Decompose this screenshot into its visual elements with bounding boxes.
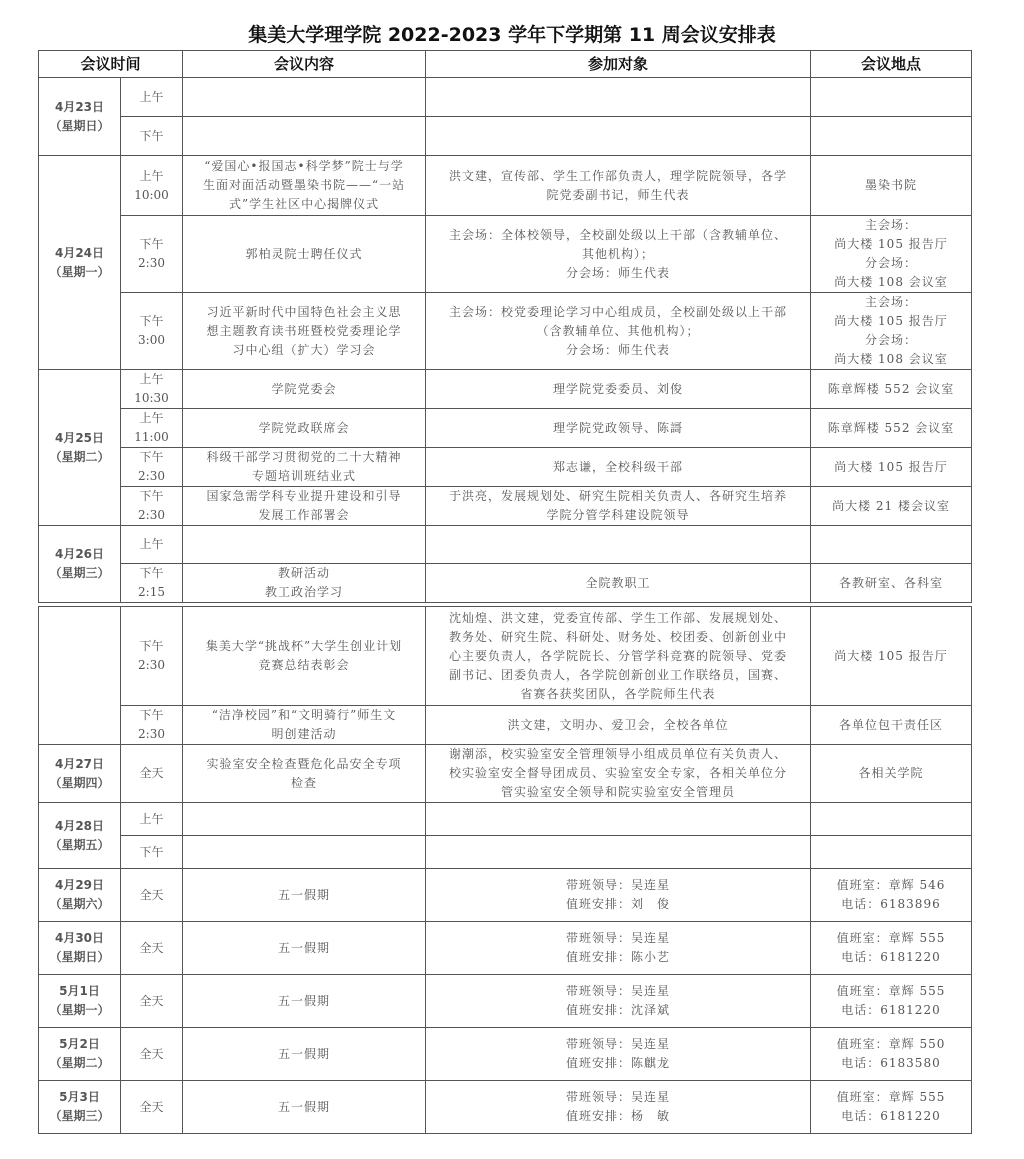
schedule-row: 5月1日（星期一）全天五一假期带班领导：吴连星值班安排：沈泽斌值班室：章辉 55…	[39, 975, 972, 1028]
attendees-cell: 洪文建，文明办、爱卫会，全校各单位	[426, 706, 811, 745]
text-line: 副书记、团委负责人，各学院创新创业工作联络员，国赛、	[430, 666, 806, 685]
time-slot-cell: 下午2:15	[121, 564, 183, 603]
text-line: 学院党政联席会	[187, 419, 421, 438]
time-slot-cell: 全天	[121, 869, 183, 922]
text-line: 发展工作部署会	[187, 506, 421, 525]
text-line: 带班领导：吴连星	[430, 876, 806, 895]
time-label: 2:15	[125, 583, 178, 602]
time-slot-cell: 下午2:30	[121, 607, 183, 706]
location-cell: 值班室：章辉 550电话：6183580	[811, 1028, 972, 1081]
text-line: 值班室：章辉 546	[815, 876, 967, 895]
time-label: 2:30	[125, 656, 178, 675]
slot-label: 全天	[125, 939, 178, 958]
date-label: 4月27日	[43, 755, 116, 774]
meeting-content-cell: 科级干部学习贯彻党的二十大精神专题培训班结业式	[183, 448, 426, 487]
schedule-row: 4月24日（星期一）上午10:00“爱国心•报国志•科学梦”院士与学生面对面活动…	[39, 156, 972, 216]
text-line: 值班安排：杨 敏	[430, 1107, 806, 1126]
weekday-label: （星期日）	[43, 117, 116, 136]
time-slot-cell: 上午	[121, 803, 183, 836]
text-line: 电话：6183896	[815, 895, 967, 914]
text-line: 检查	[187, 774, 421, 793]
time-slot-cell: 下午2:30	[121, 487, 183, 526]
text-line: 带班领导：吴连星	[430, 1035, 806, 1054]
meeting-content-cell: “爱国心•报国志•科学梦”院士与学生面对面活动暨墨染书院——“一站式”学生社区中…	[183, 156, 426, 216]
attendees-cell: 主会场：校党委理论学习中心组成员，全校副处级以上干部（含教辅单位、其他机构）；分…	[426, 293, 811, 370]
schedule-row: 4月28日（星期五）上午	[39, 803, 972, 836]
meeting-content-cell: 国家急需学科专业提升建设和引导发展工作部署会	[183, 487, 426, 526]
meeting-content-cell	[183, 526, 426, 564]
weekday-label: （星期三）	[43, 564, 116, 583]
time-slot-cell: 下午	[121, 117, 183, 156]
text-line: 带班领导：吴连星	[430, 929, 806, 948]
date-cell: 4月30日（星期日）	[39, 922, 121, 975]
text-line: 心主要负责人，各学院院长、分管学科竞赛的院领导、党委	[430, 647, 806, 666]
slot-label: 下午	[125, 127, 178, 146]
date-cell: 5月3日（星期三）	[39, 1081, 121, 1134]
meeting-content-cell	[183, 836, 426, 869]
slot-label: 全天	[125, 992, 178, 1011]
meeting-content-cell: 集美大学“挑战杯”大学生创业计划竞赛总结表彰会	[183, 607, 426, 706]
text-line: 尚大楼 105 报告厅	[815, 647, 967, 666]
location-cell: 主会场：尚大楼 105 报告厅分会场：尚大楼 108 会议室	[811, 293, 972, 370]
location-cell: 陈章辉楼 552 会议室	[811, 409, 972, 448]
text-line: 院党委副书记，师生代表	[430, 186, 806, 205]
text-line: 值班安排：沈泽斌	[430, 1001, 806, 1020]
slot-label: 下午	[125, 637, 178, 656]
text-line: 电话：6181220	[815, 1107, 967, 1126]
text-line: 郑志谦，全校科级干部	[430, 458, 806, 477]
header-location: 会议地点	[811, 51, 972, 78]
time-slot-cell: 全天	[121, 1028, 183, 1081]
text-line: 竞赛总结表彰会	[187, 656, 421, 675]
schedule-row: 4月23日（星期日）上午	[39, 78, 972, 117]
date-cell: 4月23日（星期日）	[39, 78, 121, 156]
text-line: 值班室：章辉 555	[815, 1088, 967, 1107]
text-line: 尚大楼 105 报告厅	[815, 235, 967, 254]
attendees-cell	[426, 526, 811, 564]
attendees-cell: 理学院党政领导、陈謌	[426, 409, 811, 448]
time-slot-cell: 下午2:30	[121, 448, 183, 487]
text-line: 其他机构）；	[430, 245, 806, 264]
weekday-label: （星期一）	[43, 263, 116, 282]
text-line: 带班领导：吴连星	[430, 1088, 806, 1107]
weekday-label: （星期二）	[43, 1054, 116, 1073]
text-line: 分会场：	[815, 254, 967, 273]
slot-label: 下午	[125, 448, 178, 467]
date-cell	[39, 607, 121, 745]
location-cell: 尚大楼 21 楼会议室	[811, 487, 972, 526]
slot-label: 下午	[125, 843, 178, 862]
meeting-content-cell: 五一假期	[183, 869, 426, 922]
text-line: 理学院党委委员、刘俊	[430, 380, 806, 399]
schedule-row: 4月27日（星期四）全天实验室安全检查暨危化品安全专项检查谢潮添，校实验室安全管…	[39, 745, 972, 803]
meeting-content-cell: 五一假期	[183, 1028, 426, 1081]
meeting-content-cell: 学院党政联席会	[183, 409, 426, 448]
text-line: 值班安排：陈麒龙	[430, 1054, 806, 1073]
schedule-row: 4月30日（星期日）全天五一假期带班领导：吴连星值班安排：陈小艺值班室：章辉 5…	[39, 922, 972, 975]
time-slot-cell: 上午11:00	[121, 409, 183, 448]
text-line: 各教研室、各科室	[815, 574, 967, 593]
date-label: 4月23日	[43, 98, 116, 117]
schedule-row: 4月25日（星期二）上午10:30学院党委会理学院党委委员、刘俊陈章辉楼 552…	[39, 370, 972, 409]
meeting-content-cell: 习近平新时代中国特色社会主义思想主题教育读书班暨校党委理论学习中心组（扩大）学习…	[183, 293, 426, 370]
date-label: 4月24日	[43, 244, 116, 263]
attendees-cell: 带班领导：吴连星值班安排：杨 敏	[426, 1081, 811, 1134]
location-cell: 尚大楼 105 报告厅	[811, 448, 972, 487]
text-line: 值班室：章辉 550	[815, 1035, 967, 1054]
text-line: 科级干部学习贯彻党的二十大精神	[187, 448, 421, 467]
text-line: 五一假期	[187, 1045, 421, 1064]
schedule-row: 5月2日（星期二）全天五一假期带班领导：吴连星值班安排：陈麒龙值班室：章辉 55…	[39, 1028, 972, 1081]
text-line: 五一假期	[187, 939, 421, 958]
text-line: 省赛各获奖团队，各学院师生代表	[430, 685, 806, 704]
text-line: 值班室：章辉 555	[815, 982, 967, 1001]
weekday-label: （星期一）	[43, 1001, 116, 1020]
schedule-row: 5月3日（星期三）全天五一假期带班领导：吴连星值班安排：杨 敏值班室：章辉 55…	[39, 1081, 972, 1134]
location-cell	[811, 78, 972, 117]
slot-label: 上午	[125, 88, 178, 107]
meeting-content-cell	[183, 78, 426, 117]
text-line: 尚大楼 108 会议室	[815, 350, 967, 369]
text-line: 郭柏灵院士聘任仪式	[187, 245, 421, 264]
text-line: 尚大楼 108 会议室	[815, 273, 967, 292]
text-line: 理学院党政领导、陈謌	[430, 419, 806, 438]
attendees-cell: 带班领导：吴连星值班安排：沈泽斌	[426, 975, 811, 1028]
time-slot-cell: 下午3:00	[121, 293, 183, 370]
schedule-row: 下午2:30郭柏灵院士聘任仪式主会场：全体校领导，全校副处级以上干部（含教辅单位…	[39, 216, 972, 293]
text-line: 全院教职工	[430, 574, 806, 593]
text-line: “爱国心•报国志•科学梦”院士与学	[187, 157, 421, 176]
slot-label: 全天	[125, 1045, 178, 1064]
text-line: 洪文建，宣传部、学生工作部负责人，理学院院领导，各学	[430, 167, 806, 186]
attendees-cell: 沈灿煌、洪文建，党委宣传部、学生工作部、发展规划处、教务处、研究生院、科研处、财…	[426, 607, 811, 706]
location-cell: 各教研室、各科室	[811, 564, 972, 603]
slot-label: 上午	[125, 535, 178, 554]
date-cell: 4月29日（星期六）	[39, 869, 121, 922]
schedule-row: 下午2:15教研活动教工政治学习全院教职工各教研室、各科室	[39, 564, 972, 603]
date-label: 4月29日	[43, 876, 116, 895]
schedule-row: 下午2:30“洁净校园”和“文明骑行”师生文明创建活动洪文建，文明办、爱卫会，全…	[39, 706, 972, 745]
time-slot-cell: 全天	[121, 1081, 183, 1134]
location-cell: 主会场：尚大楼 105 报告厅分会场：尚大楼 108 会议室	[811, 216, 972, 293]
location-cell: 值班室：章辉 555电话：6181220	[811, 1081, 972, 1134]
text-line: 尚大楼 105 报告厅	[815, 312, 967, 331]
time-label: 11:00	[125, 428, 178, 447]
text-line: 实验室安全检查暨危化品安全专项	[187, 755, 421, 774]
date-label: 4月30日	[43, 929, 116, 948]
text-line: 学院分管学科建设院领导	[430, 506, 806, 525]
date-label: 5月3日	[43, 1088, 116, 1107]
time-label: 10:30	[125, 389, 178, 408]
text-line: 集美大学“挑战杯”大学生创业计划	[187, 637, 421, 656]
attendees-cell: 郑志谦，全校科级干部	[426, 448, 811, 487]
header-row: 会议时间 会议内容 参加对象 会议地点	[39, 51, 972, 78]
attendees-cell: 于洪亮，发展规划处、研究生院相关负责人、各研究生培养学院分管学科建设院领导	[426, 487, 811, 526]
time-slot-cell: 全天	[121, 975, 183, 1028]
slot-label: 上午	[125, 810, 178, 829]
time-label: 2:30	[125, 725, 178, 744]
text-line: 式”学生社区中心揭牌仪式	[187, 195, 421, 214]
location-cell: 值班室：章辉 555电话：6181220	[811, 975, 972, 1028]
text-line: 值班室：章辉 555	[815, 929, 967, 948]
schedule-row: 上午11:00学院党政联席会理学院党政领导、陈謌陈章辉楼 552 会议室	[39, 409, 972, 448]
date-cell: 4月25日（星期二）	[39, 370, 121, 526]
location-cell: 值班室：章辉 555电话：6181220	[811, 922, 972, 975]
attendees-cell: 全院教职工	[426, 564, 811, 603]
meeting-content-cell: “洁净校园”和“文明骑行”师生文明创建活动	[183, 706, 426, 745]
schedule-row: 下午3:00习近平新时代中国特色社会主义思想主题教育读书班暨校党委理论学习中心组…	[39, 293, 972, 370]
text-line: 沈灿煌、洪文建，党委宣传部、学生工作部、发展规划处、	[430, 609, 806, 628]
time-slot-cell: 下午2:30	[121, 706, 183, 745]
date-cell: 5月2日（星期二）	[39, 1028, 121, 1081]
location-cell	[811, 803, 972, 836]
location-cell	[811, 117, 972, 156]
text-line: 各相关学院	[815, 764, 967, 783]
time-slot-cell: 上午10:30	[121, 370, 183, 409]
text-line: 尚大楼 21 楼会议室	[815, 497, 967, 516]
time-label: 10:00	[125, 186, 178, 205]
text-line: 管实验室安全领导和院实验室安全管理员	[430, 783, 806, 802]
slot-label: 下午	[125, 312, 178, 331]
text-line: “洁净校园”和“文明骑行”师生文	[187, 706, 421, 725]
weekday-label: （星期五）	[43, 836, 116, 855]
weekday-label: （星期二）	[43, 448, 116, 467]
weekday-label: （星期六）	[43, 895, 116, 914]
schedule-row: 4月26日（星期三）上午	[39, 526, 972, 564]
schedule-table-1: 会议时间 会议内容 参加对象 会议地点 4月23日（星期日）上午下午4月24日（…	[38, 50, 972, 603]
schedule-row: 下午2:30科级干部学习贯彻党的二十大精神专题培训班结业式郑志谦，全校科级干部尚…	[39, 448, 972, 487]
text-line: 洪文建，文明办、爱卫会，全校各单位	[430, 716, 806, 735]
text-line: 于洪亮，发展规划处、研究生院相关负责人、各研究生培养	[430, 487, 806, 506]
slot-label: 全天	[125, 764, 178, 783]
header-content: 会议内容	[183, 51, 426, 78]
location-cell	[811, 526, 972, 564]
weekday-label: （星期四）	[43, 774, 116, 793]
meeting-content-cell	[183, 117, 426, 156]
meeting-content-cell: 实验室安全检查暨危化品安全专项检查	[183, 745, 426, 803]
text-line: 分会场：师生代表	[430, 341, 806, 360]
text-line: 教务处、研究生院、科研处、财务处、校团委、创新创业中	[430, 628, 806, 647]
slot-label: 全天	[125, 886, 178, 905]
text-line: 谢潮添，校实验室安全管理领导小组成员单位有关负责人、	[430, 745, 806, 764]
meeting-content-cell: 五一假期	[183, 922, 426, 975]
text-line: 生面对面活动暨墨染书院——“一站	[187, 176, 421, 195]
attendees-cell: 洪文建，宣传部、学生工作部负责人，理学院院领导，各学院党委副书记，师生代表	[426, 156, 811, 216]
time-slot-cell: 全天	[121, 922, 183, 975]
schedule-row: 下午	[39, 117, 972, 156]
text-line: （含教辅单位、其他机构）；	[430, 322, 806, 341]
time-slot-cell: 上午10:00	[121, 156, 183, 216]
slot-label: 上午	[125, 370, 178, 389]
slot-label: 上午	[125, 409, 178, 428]
meeting-content-cell: 五一假期	[183, 975, 426, 1028]
slot-label: 全天	[125, 1098, 178, 1117]
location-cell: 陈章辉楼 552 会议室	[811, 370, 972, 409]
text-line: 电话：6181220	[815, 1001, 967, 1020]
text-line: 五一假期	[187, 886, 421, 905]
time-slot-cell: 下午2:30	[121, 216, 183, 293]
text-line: 学院党委会	[187, 380, 421, 399]
text-line: 明创建活动	[187, 725, 421, 744]
time-label: 2:30	[125, 467, 178, 486]
meeting-content-cell: 教研活动教工政治学习	[183, 564, 426, 603]
text-line: 国家急需学科专业提升建设和引导	[187, 487, 421, 506]
schedule-row: 下午2:30集美大学“挑战杯”大学生创业计划竞赛总结表彰会沈灿煌、洪文建，党委宣…	[39, 607, 972, 706]
schedule-row: 4月29日（星期六）全天五一假期带班领导：吴连星值班安排：刘 俊值班室：章辉 5…	[39, 869, 972, 922]
attendees-cell: 主会场：全体校领导，全校副处级以上干部（含教辅单位、其他机构）；分会场：师生代表	[426, 216, 811, 293]
text-line: 主会场：校党委理论学习中心组成员，全校副处级以上干部	[430, 303, 806, 322]
text-line: 五一假期	[187, 992, 421, 1011]
date-label: 4月25日	[43, 429, 116, 448]
text-line: 主会场：	[815, 293, 967, 312]
location-cell: 各相关学院	[811, 745, 972, 803]
slot-label: 下午	[125, 487, 178, 506]
time-slot-cell: 上午	[121, 526, 183, 564]
slot-label: 下午	[125, 706, 178, 725]
time-slot-cell: 上午	[121, 78, 183, 117]
date-label: 5月2日	[43, 1035, 116, 1054]
text-line: 尚大楼 105 报告厅	[815, 458, 967, 477]
text-line: 校实验室安全督导团成员、实验室安全专家，各相关单位分	[430, 764, 806, 783]
text-line: 习近平新时代中国特色社会主义思	[187, 303, 421, 322]
date-cell: 4月28日（星期五）	[39, 803, 121, 869]
attendees-cell	[426, 117, 811, 156]
date-cell: 5月1日（星期一）	[39, 975, 121, 1028]
time-label: 2:30	[125, 506, 178, 525]
attendees-cell: 带班领导：吴连星值班安排：陈小艺	[426, 922, 811, 975]
text-line: 五一假期	[187, 1098, 421, 1117]
time-label: 2:30	[125, 254, 178, 273]
attendees-cell: 谢潮添，校实验室安全管理领导小组成员单位有关负责人、校实验室安全督导团成员、实验…	[426, 745, 811, 803]
text-line: 专题培训班结业式	[187, 467, 421, 486]
time-slot-cell: 全天	[121, 745, 183, 803]
attendees-cell	[426, 78, 811, 117]
location-cell: 尚大楼 105 报告厅	[811, 607, 972, 706]
schedule-row: 下午2:30国家急需学科专业提升建设和引导发展工作部署会于洪亮，发展规划处、研究…	[39, 487, 972, 526]
slot-label: 上午	[125, 167, 178, 186]
location-cell	[811, 836, 972, 869]
date-cell: 4月27日（星期四）	[39, 745, 121, 803]
text-line: 主会场：	[815, 216, 967, 235]
text-line: 想主题教育读书班暨校党委理论学	[187, 322, 421, 341]
date-label: 5月1日	[43, 982, 116, 1001]
header-attendees: 参加对象	[426, 51, 811, 78]
text-line: 墨染书院	[815, 176, 967, 195]
attendees-cell	[426, 836, 811, 869]
slot-label: 下午	[125, 235, 178, 254]
text-line: 教工政治学习	[187, 583, 421, 602]
text-line: 习中心组（扩大）学习会	[187, 341, 421, 360]
text-line: 电话：6183580	[815, 1054, 967, 1073]
text-line: 值班安排：刘 俊	[430, 895, 806, 914]
location-cell: 各单位包干责任区	[811, 706, 972, 745]
text-line: 陈章辉楼 552 会议室	[815, 419, 967, 438]
text-line: 分会场：	[815, 331, 967, 350]
text-line: 电话：6181220	[815, 948, 967, 967]
text-line: 陈章辉楼 552 会议室	[815, 380, 967, 399]
slot-label: 下午	[125, 564, 178, 583]
location-cell: 墨染书院	[811, 156, 972, 216]
time-label: 3:00	[125, 331, 178, 350]
meeting-content-cell: 五一假期	[183, 1081, 426, 1134]
date-cell: 4月24日（星期一）	[39, 156, 121, 370]
date-cell: 4月26日（星期三）	[39, 526, 121, 603]
header-time: 会议时间	[39, 51, 183, 78]
date-label: 4月28日	[43, 817, 116, 836]
location-cell: 值班室：章辉 546电话：6183896	[811, 869, 972, 922]
attendees-cell	[426, 803, 811, 836]
weekday-label: （星期日）	[43, 948, 116, 967]
text-line: 分会场：师生代表	[430, 264, 806, 283]
text-line: 各单位包干责任区	[815, 716, 967, 735]
weekday-label: （星期三）	[43, 1107, 116, 1126]
meeting-content-cell	[183, 803, 426, 836]
schedule-row: 下午	[39, 836, 972, 869]
attendees-cell: 带班领导：吴连星值班安排：刘 俊	[426, 869, 811, 922]
text-line: 值班安排：陈小艺	[430, 948, 806, 967]
meeting-content-cell: 郭柏灵院士聘任仪式	[183, 216, 426, 293]
text-line: 带班领导：吴连星	[430, 982, 806, 1001]
schedule-table-2: 下午2:30集美大学“挑战杯”大学生创业计划竞赛总结表彰会沈灿煌、洪文建，党委宣…	[38, 606, 972, 1134]
text-line: 教研活动	[187, 564, 421, 583]
attendees-cell: 带班领导：吴连星值班安排：陈麒龙	[426, 1028, 811, 1081]
meeting-content-cell: 学院党委会	[183, 370, 426, 409]
text-line: 主会场：全体校领导，全校副处级以上干部（含教辅单位、	[430, 226, 806, 245]
page-title: 集美大学理学院 2022-2023 学年下学期第 11 周会议安排表	[0, 20, 1024, 47]
time-slot-cell: 下午	[121, 836, 183, 869]
date-label: 4月26日	[43, 545, 116, 564]
attendees-cell: 理学院党委委员、刘俊	[426, 370, 811, 409]
